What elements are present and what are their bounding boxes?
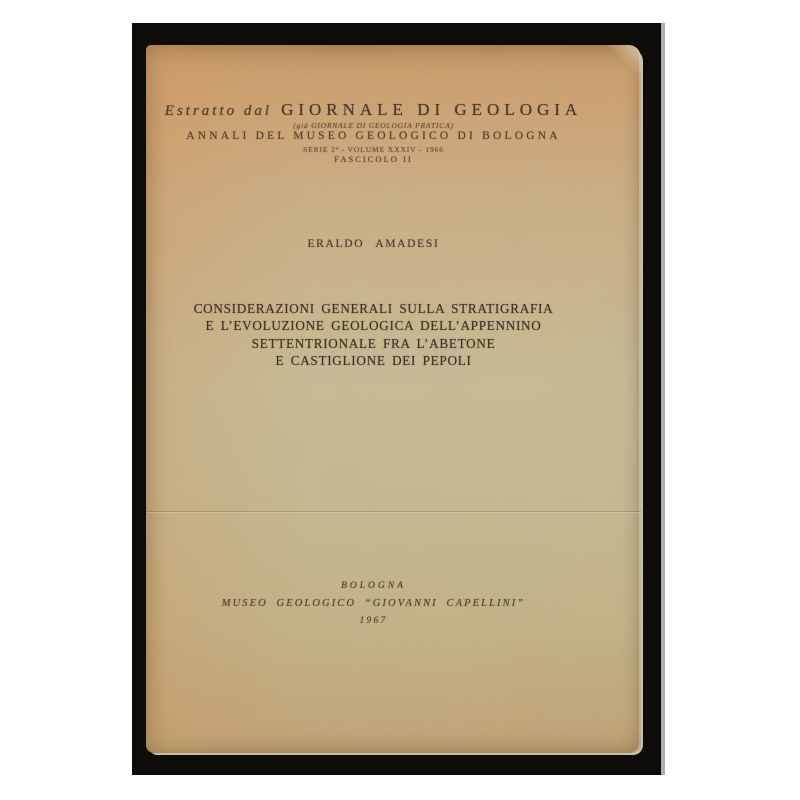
imprint-city: BOLOGNA — [146, 581, 601, 591]
book-cover: Estratto dalGIORNALE DI GEOLOGIA (già GI… — [146, 45, 641, 753]
title-line: CONSIDERAZIONI GENERALI SULLA STRATIGRAF… — [146, 300, 601, 317]
extract-prefix: Estratto dal — [165, 103, 272, 119]
series-volume-line: SERIE 2ª - VOLUME XXXIV - 1966 — [146, 145, 601, 154]
annals-line: ANNALI DEL MUSEO GEOLOGICO DI BOLOGNA — [146, 130, 601, 142]
journal-title: GIORNALE DI GEOLOGIA — [281, 100, 582, 119]
title-line: E L’EVOLUZIONE GEOLOGICA DELL’APPENNINO — [146, 317, 601, 334]
fascicle-line: FASCICOLO II — [146, 154, 601, 164]
corner-curl — [607, 45, 641, 73]
imprint-publisher: MUSEO GEOLOGICO “GIOVANNI CAPELLINI” — [146, 598, 601, 609]
author-name: ERALDO AMADESI — [146, 238, 601, 250]
photo-black-mat: Estratto dalGIORNALE DI GEOLOGIA (già GI… — [132, 23, 665, 775]
former-journal-name: (già GIORNALE DI GEOLOGIA PRATICA) — [146, 121, 601, 130]
title-line: SETTENTRIONALE FRA L’ABETONE — [146, 335, 601, 352]
title-block: CONSIDERAZIONI GENERALI SULLA STRATIGRAF… — [146, 300, 601, 370]
imprint-year: 1967 — [146, 616, 601, 626]
fold-crease — [146, 511, 641, 512]
title-line: E CASTIGLIONE DEI PEPOLI — [146, 352, 601, 369]
journal-extract-line: Estratto dalGIORNALE DI GEOLOGIA — [146, 100, 601, 120]
